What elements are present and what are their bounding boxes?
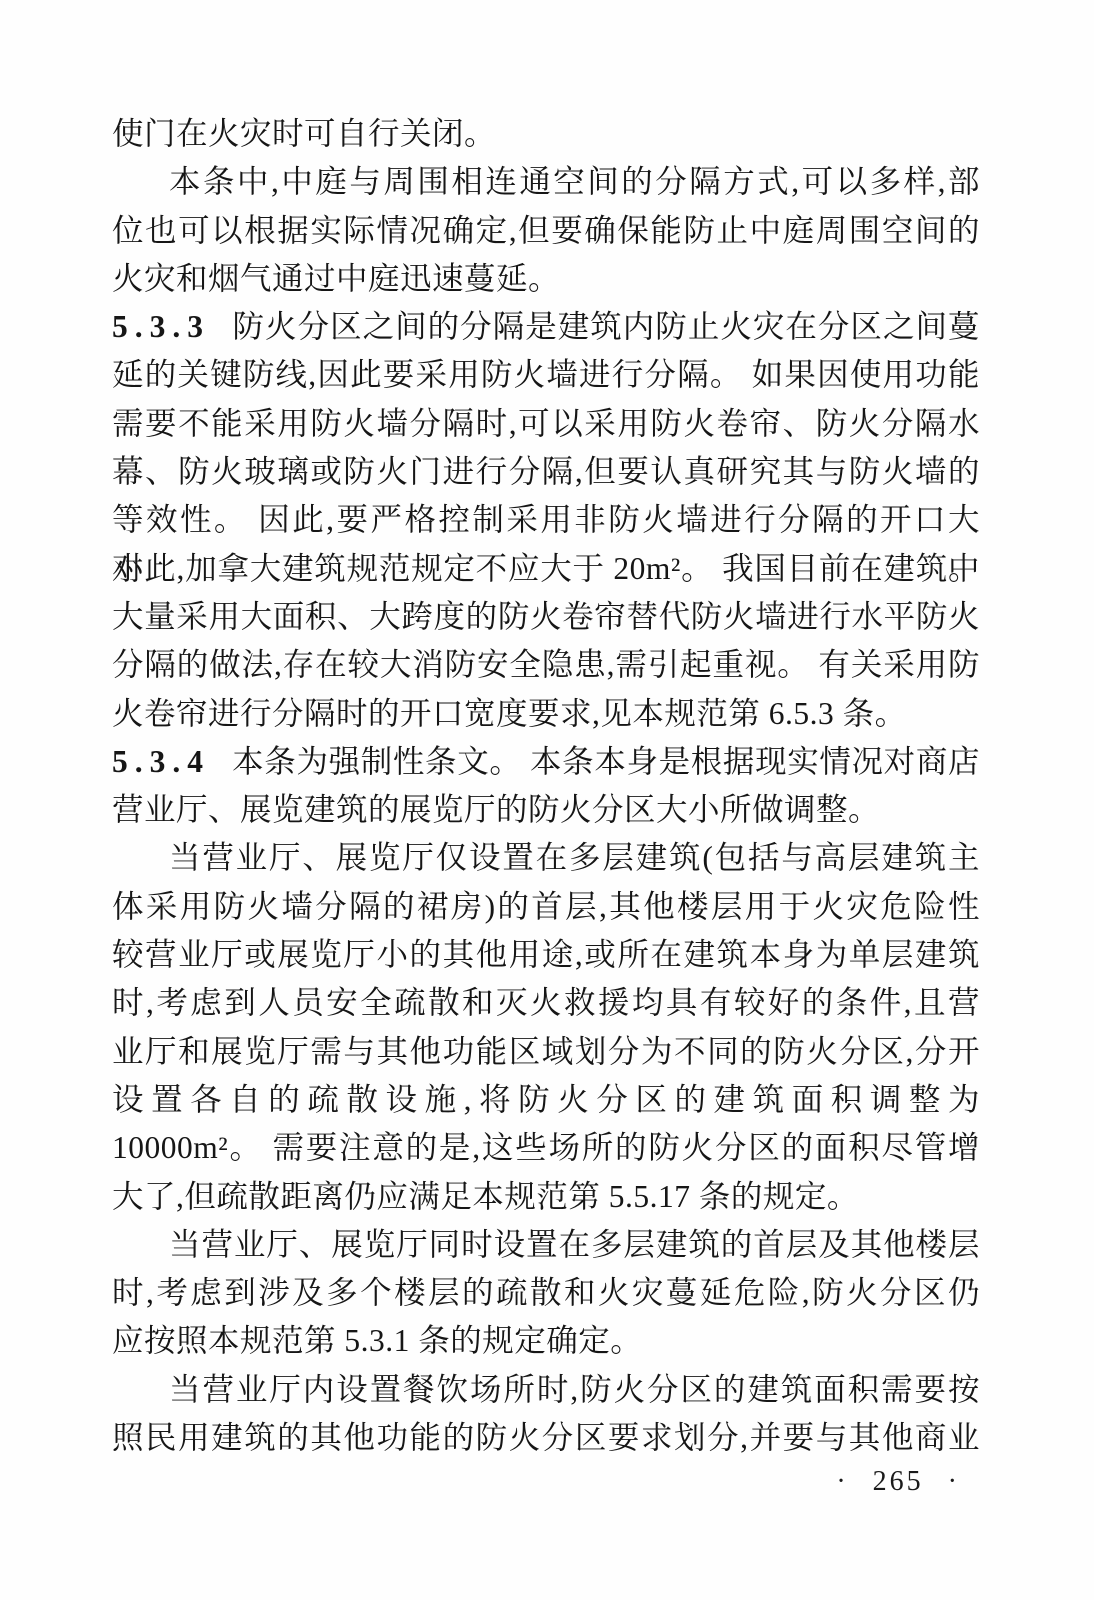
text-line: 时,考虑到人员安全疏散和灭火救援均具有较好的条件,且营 [112, 979, 980, 1027]
text-line: 应按照本规范第 5.3.1 条的规定确定。 [112, 1317, 980, 1365]
text-line: 延的关键防线,因此要采用防火墙进行分隔。 如果因使用功能 [112, 351, 980, 399]
text-line: 营业厅、展览建筑的展览厅的防火分区大小所做调整。 [112, 786, 980, 834]
text-line: 业厅和展览厅需与其他功能区域划分为不同的防火分区,分开 [112, 1028, 980, 1076]
text-line: 本条中,中庭与周围相连通空间的分隔方式,可以多样,部 [112, 158, 980, 206]
text-line: 5.3.4本条为强制性条文。 本条本身是根据现实情况对商店 [112, 738, 980, 786]
text-line: 时,考虑到涉及多个楼层的疏散和火灾蔓延危险,防火分区仍 [112, 1269, 980, 1317]
text-line: 大了,但疏散距离仍应满足本规范第 5.5.17 条的规定。 [112, 1173, 980, 1221]
text-line: 照民用建筑的其他功能的防火分区要求划分,并要与其他商业 [112, 1414, 980, 1462]
text-line: 需要不能采用防火墙分隔时,可以采用防火卷帘、防火分隔水 [112, 400, 980, 448]
section-number: 5.3.3 [112, 309, 210, 344]
text-line: 分隔的做法,存在较大消防安全隐患,需引起重视。 有关采用防 [112, 641, 980, 689]
text-line: 当营业厅、展览厅同时设置在多层建筑的首层及其他楼层 [112, 1221, 980, 1269]
text-line: 大量采用大面积、大跨度的防火卷帘替代防火墙进行水平防火 [112, 593, 980, 641]
text-line: 较营业厅或展览厅小的其他用途,或所在建筑本身为单层建筑 [112, 931, 980, 979]
text-line: 等效性。 因此,要严格控制采用非防火墙进行分隔的开口大小。 [112, 496, 980, 544]
text-line: 当营业厅、展览厅仅设置在多层建筑(包括与高层建筑主 [112, 834, 980, 882]
page-text: 使门在火灾时可自行关闭。本条中,中庭与周围相连通空间的分隔方式,可以多样,部位也… [112, 110, 980, 1462]
page-number: · 265 · [836, 1467, 960, 1497]
text-line: 当营业厅内设置餐饮场所时,防火分区的建筑面积需要按 [112, 1366, 980, 1414]
section-number: 5.3.4 [112, 744, 210, 779]
text-line: 5.3.3防火分区之间的分隔是建筑内防止火灾在分区之间蔓 [112, 303, 980, 351]
text-line: 对此,加拿大建筑规范规定不应大于 20m²。 我国目前在建筑中 [112, 545, 980, 593]
text-line: 体采用防火墙分隔的裙房)的首层,其他楼层用于火灾危险性 [112, 883, 980, 931]
document-page: 使门在火灾时可自行关闭。本条中,中庭与周围相连通空间的分隔方式,可以多样,部位也… [0, 0, 1094, 1600]
text-line: 使门在火灾时可自行关闭。 [112, 110, 980, 158]
text-line: 10000m²。 需要注意的是,这些场所的防火分区的面积尽管增 [112, 1124, 980, 1172]
text-line: 幕、防火玻璃或防火门进行分隔,但要认真研究其与防火墙的 [112, 448, 980, 496]
text-line: 设置各自的疏散设施,将防火分区的建筑面积调整为 [112, 1076, 980, 1124]
text-line: 位也可以根据实际情况确定,但要确保能防止中庭周围空间的 [112, 207, 980, 255]
text-line: 火灾和烟气通过中庭迅速蔓延。 [112, 255, 980, 303]
text-line: 火卷帘进行分隔时的开口宽度要求,见本规范第 6.5.3 条。 [112, 690, 980, 738]
